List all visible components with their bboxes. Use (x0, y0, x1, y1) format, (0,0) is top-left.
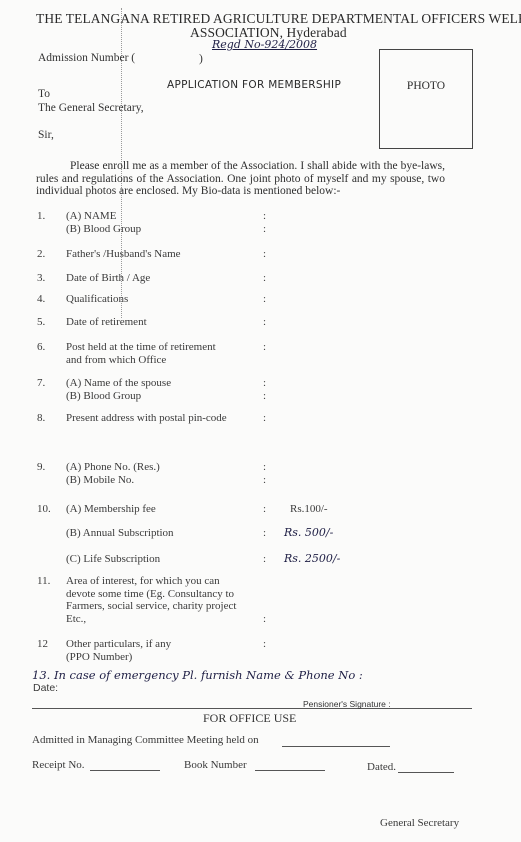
field-label: (A) Phone No. (Res.) (66, 461, 160, 473)
field-label: (A) NAME (66, 210, 116, 222)
field-label: Farmers, social service, charity project (66, 600, 236, 612)
field-number: 4. (37, 293, 45, 305)
field-input[interactable] (272, 411, 472, 424)
field-label: Present address with postal pin-code (66, 412, 227, 424)
photo-label: PHOTO (380, 80, 472, 92)
field-label: (B) Annual Subscription (66, 527, 174, 539)
field-value: Rs. 2500/- (284, 552, 340, 565)
field-input[interactable] (272, 271, 472, 284)
field-input[interactable] (272, 460, 472, 473)
field-input[interactable] (272, 612, 472, 625)
field-colon: : (263, 461, 266, 473)
admission-number-label: Admission Number ( (38, 52, 135, 64)
field-input[interactable] (272, 376, 472, 389)
field-colon: : (263, 293, 266, 305)
field-colon: : (263, 248, 266, 260)
field-colon: : (263, 210, 266, 222)
field-input[interactable] (272, 315, 472, 328)
receipt-label: Receipt No. (32, 759, 85, 771)
book-number-label: Book Number (184, 759, 247, 771)
date-label: Date: (33, 682, 58, 694)
salutation: Sir, (38, 129, 54, 141)
field-label: and from which Office (66, 354, 166, 366)
field-label: (B) Mobile No. (66, 474, 134, 486)
field-label: (B) Blood Group (66, 223, 141, 235)
field-label: (A) Name of the spouse (66, 377, 171, 389)
field-colon: : (263, 613, 266, 625)
field-label: (A) Membership fee (66, 503, 156, 515)
field-label: Other particulars, if any (66, 638, 171, 650)
field-label: Area of interest, for which you can (66, 575, 220, 587)
field-number: 12 (37, 638, 48, 650)
field-value: Rs.100/- (290, 503, 328, 515)
dated-label: Dated. (367, 761, 396, 773)
field-colon: : (263, 412, 266, 424)
field-label: (PPO Number) (66, 651, 132, 663)
field-number: 6. (37, 341, 45, 353)
field-colon: : (263, 553, 266, 565)
field-number: 1. (37, 210, 45, 222)
admission-number-close: ) (199, 53, 203, 65)
receipt-number-field[interactable] (90, 770, 160, 771)
recipient: The General Secretary, (38, 102, 144, 114)
signature-line (32, 708, 472, 709)
book-number-field[interactable] (255, 770, 325, 771)
field-label: Etc., (66, 613, 86, 625)
field-label: Date of Birth / Age (66, 272, 150, 284)
field-colon: : (263, 377, 266, 389)
signature-label: Pensioner's Signature : (303, 699, 391, 709)
field-input[interactable] (272, 389, 472, 402)
field-colon: : (263, 527, 266, 539)
dated-field[interactable] (398, 772, 454, 773)
field-number: 2. (37, 248, 45, 260)
field-label: devote some time (Eg. Consultancy to (66, 588, 234, 600)
field-input[interactable] (272, 340, 472, 353)
field-number: 9. (37, 461, 45, 473)
field-number: 10. (37, 503, 51, 515)
field-colon: : (263, 341, 266, 353)
photo-box: PHOTO (379, 49, 473, 149)
field-number: 7. (37, 377, 45, 389)
field-input[interactable] (272, 222, 472, 235)
general-secretary-signatory: General Secretary (380, 817, 459, 829)
field-label: Post held at the time of retirement (66, 341, 216, 353)
field-number: 8. (37, 412, 45, 424)
field-input[interactable] (272, 473, 472, 486)
handwritten-regd-number: Regd No-924/2008 (212, 38, 317, 51)
form-title: APPLICATION FOR MEMBERSHIP (167, 79, 341, 91)
to-label: To (38, 88, 50, 100)
date-field[interactable] (60, 680, 180, 694)
signature-field[interactable] (400, 694, 472, 708)
intro-paragraph: Please enroll me as a member of the Asso… (36, 160, 445, 198)
admitted-label: Admitted in Managing Committee Meeting h… (32, 734, 259, 746)
field-number: 11. (37, 575, 50, 587)
field-input[interactable] (272, 292, 472, 305)
field-input[interactable] (272, 247, 472, 260)
field-colon: : (263, 474, 266, 486)
field-number: 3. (37, 272, 45, 284)
field-label: (C) Life Subscription (66, 553, 160, 565)
field-label: Date of retirement (66, 316, 147, 328)
field-number: 5. (37, 316, 45, 328)
field-colon: : (263, 503, 266, 515)
admission-number-field[interactable] (145, 52, 197, 66)
field-label: (B) Blood Group (66, 390, 141, 402)
field-colon: : (263, 316, 266, 328)
field-colon: : (263, 390, 266, 402)
field-label: Qualifications (66, 293, 128, 305)
field-colon: : (263, 272, 266, 284)
field-colon: : (263, 223, 266, 235)
field-input[interactable] (272, 637, 472, 650)
field-colon: : (263, 638, 266, 650)
field-label: Father's /Husband's Name (66, 248, 181, 260)
field-input[interactable] (272, 209, 472, 222)
office-use-heading: FOR OFFICE USE (203, 711, 296, 726)
field-value: Rs. 500/- (284, 526, 333, 539)
admitted-date-field[interactable] (282, 746, 390, 747)
